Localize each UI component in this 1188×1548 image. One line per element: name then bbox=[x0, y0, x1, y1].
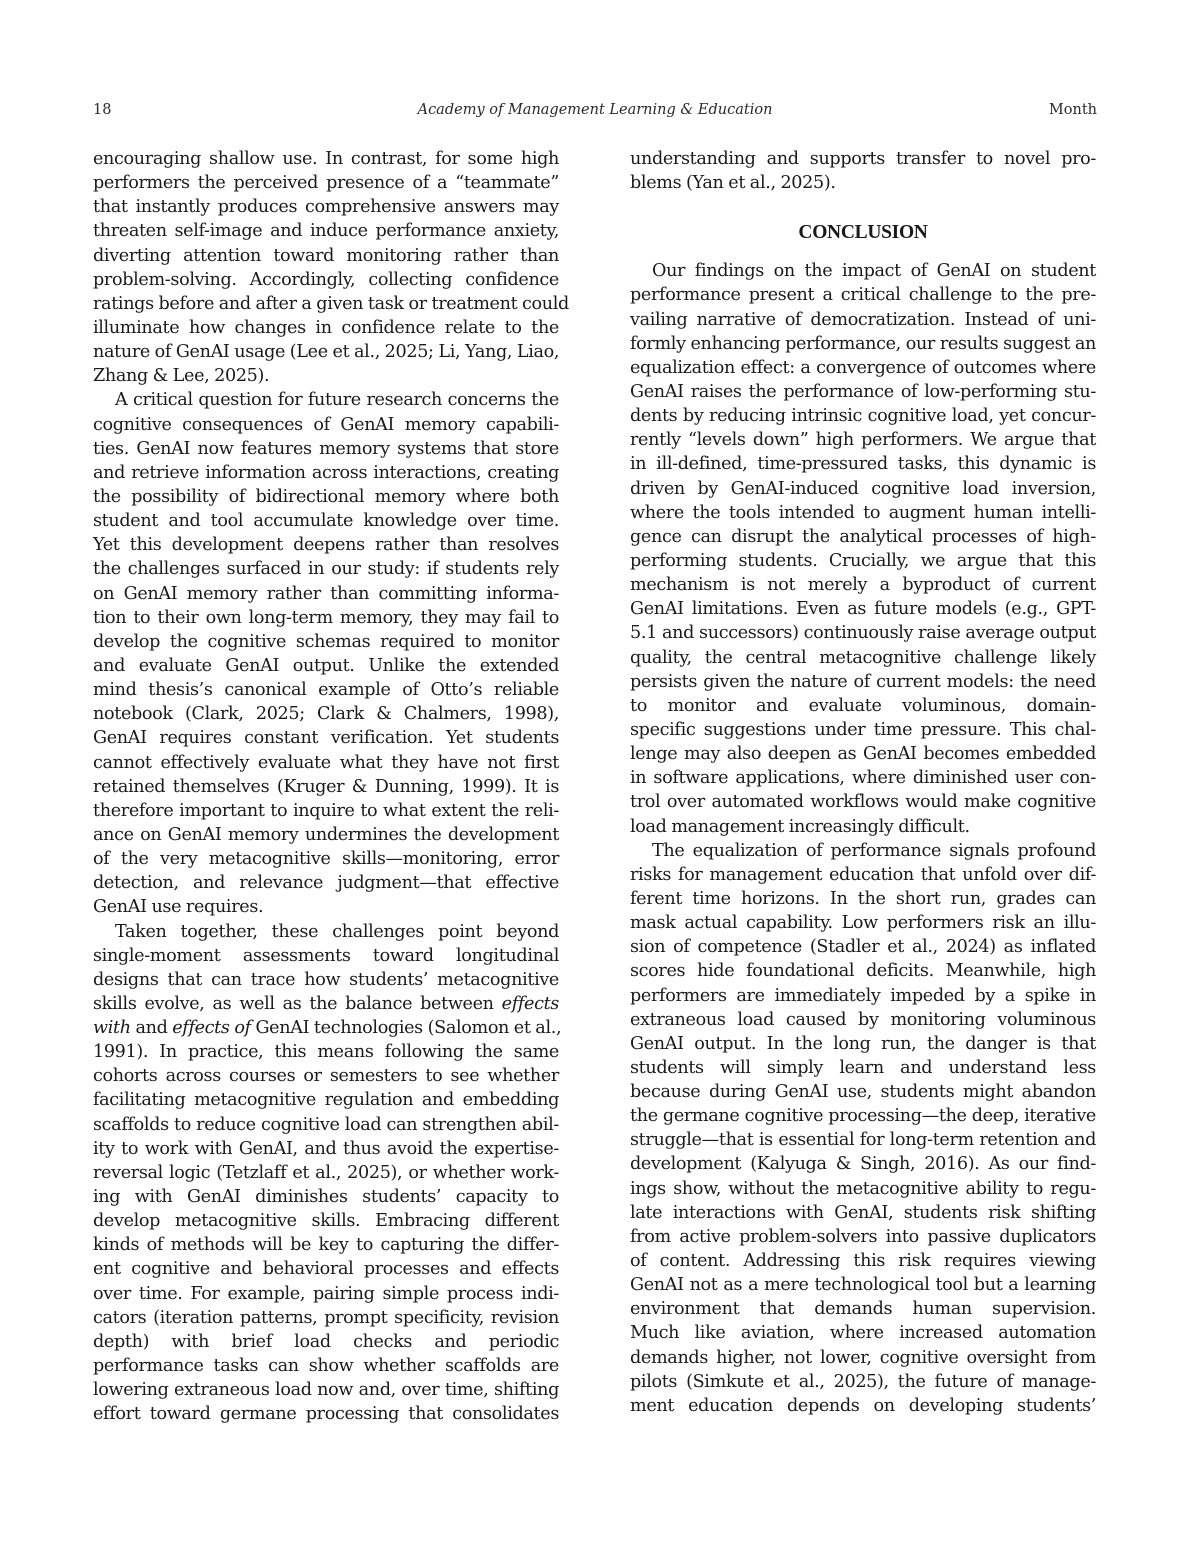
text-line: dents by reducing intrinsic cognitive lo… bbox=[630, 404, 1096, 428]
text-line: ment education depends on developing stu… bbox=[630, 1394, 1096, 1418]
text-line: in ill-defined, time-pressured tasks, th… bbox=[630, 452, 1096, 476]
text-line: environment that demands human supervisi… bbox=[630, 1297, 1096, 1321]
text-line: sion of competence (Stadler et al., 2024… bbox=[630, 935, 1096, 959]
text-run: GenAI technologies (Salomon et al., bbox=[251, 1018, 561, 1038]
text-line: effort toward germane processing that co… bbox=[93, 1402, 559, 1426]
text-line: quality, the central metacognitive chall… bbox=[630, 646, 1096, 670]
italic-term: effects bbox=[502, 994, 559, 1014]
text-line: reversal logic (Tetzlaff et al., 2025), … bbox=[93, 1161, 559, 1185]
section-heading-conclusion: CONCLUSION bbox=[630, 209, 1096, 257]
text-line: formly enhancing performance, our result… bbox=[630, 332, 1096, 356]
text-line: 5.1 and successors) continuously raise a… bbox=[630, 621, 1096, 645]
text-line: cannot effectively evaluate what they ha… bbox=[93, 751, 559, 775]
text-line: and evaluate GenAI output. Unlike the ex… bbox=[93, 654, 559, 678]
text-line: scores hide foundational deficits. Meanw… bbox=[630, 959, 1096, 983]
text-line: designs that can trace how students’ met… bbox=[93, 968, 559, 992]
text-line: ity to work with GenAI, and thus avoid t… bbox=[93, 1137, 559, 1161]
journal-title: Academy of Management Learning & Educati… bbox=[93, 102, 1097, 118]
paragraph-continuation: understanding and supports transfer to n… bbox=[630, 147, 1096, 195]
text-line: therefore important to inquire to what e… bbox=[93, 799, 559, 823]
text-line: develop the cognitive schemas required t… bbox=[93, 630, 559, 654]
text-line: retained themselves (Kruger & Dunning, 1… bbox=[93, 775, 559, 799]
text-line: scaffolds to reduce cognitive load can s… bbox=[93, 1113, 559, 1137]
text-line: mechanism is not merely a byproduct of c… bbox=[630, 573, 1096, 597]
text-line: Yet this development deepens rather than… bbox=[93, 533, 559, 557]
text-line: persists given the nature of current mod… bbox=[630, 670, 1096, 694]
text-line: and retrieve information across interact… bbox=[93, 461, 559, 485]
text-line: cohorts across courses or semesters to s… bbox=[93, 1064, 559, 1088]
text-line: understanding and supports transfer to n… bbox=[630, 147, 1096, 171]
text-line: performance tasks can show whether scaff… bbox=[93, 1354, 559, 1378]
text-line: illuminate how changes in confidence rel… bbox=[93, 316, 559, 340]
text-line: equalization effect: a convergence of ou… bbox=[630, 356, 1096, 380]
text-line: ance on GenAI memory undermines the deve… bbox=[93, 823, 559, 847]
text-line: driven by GenAI-induced cognitive load i… bbox=[630, 477, 1096, 501]
text-run: skills evolve, as well as the balance be… bbox=[93, 994, 502, 1014]
text-line: GenAI output. In the long run, the dange… bbox=[630, 1032, 1096, 1056]
paragraph-conclusion-findings: Our findings on the impact of GenAI on s… bbox=[630, 259, 1096, 838]
paragraph-confidence-ratings: encouraging shallow use. In contrast, fo… bbox=[93, 147, 559, 388]
text-line: Zhang & Lee, 2025). bbox=[93, 364, 559, 388]
text-line: problem-solving. Accordingly, collecting… bbox=[93, 268, 559, 292]
text-line: diverting attention toward monitoring ra… bbox=[93, 244, 559, 268]
text-line: of the very metacognitive skills—monitor… bbox=[93, 847, 559, 871]
text-line: demands higher, not lower, cognitive ove… bbox=[630, 1346, 1096, 1370]
text-line: because during GenAI use, students might… bbox=[630, 1080, 1096, 1104]
text-line: performers are immediately impeded by a … bbox=[630, 984, 1096, 1008]
text-line: Our findings on the impact of GenAI on s… bbox=[630, 259, 1096, 283]
text-line: performers the perceived presence of a “… bbox=[93, 171, 559, 195]
issue-month: Month bbox=[1049, 102, 1097, 118]
paragraph-longitudinal-designs: Taken together, these challenges point b… bbox=[93, 920, 559, 1427]
text-line: ings show, without the metacognitive abi… bbox=[630, 1177, 1096, 1201]
text-line: cognitive consequences of GenAI memory c… bbox=[93, 413, 559, 437]
journal-page: 18 Academy of Management Learning & Educ… bbox=[0, 0, 1188, 1548]
text-line: facilitating metacognitive regulation an… bbox=[93, 1088, 559, 1112]
text-line: encouraging shallow use. In contrast, fo… bbox=[93, 147, 559, 171]
text-line: 1991). In practice, this means following… bbox=[93, 1040, 559, 1064]
text-line: GenAI raises the performance of low-perf… bbox=[630, 380, 1096, 404]
text-line: mind thesis’s canonical example of Otto’… bbox=[93, 678, 559, 702]
text-line: development (Kalyuga & Singh, 2016). As … bbox=[630, 1152, 1096, 1176]
text-line: performance present a critical challenge… bbox=[630, 283, 1096, 307]
text-line: that instantly produces comprehensive an… bbox=[93, 195, 559, 219]
text-line: gence can disrupt the analytical process… bbox=[630, 525, 1096, 549]
text-line: load management increasingly difficult. bbox=[630, 815, 1096, 839]
text-line: students will simply learn and understan… bbox=[630, 1056, 1096, 1080]
text-line: from active problem-solvers into passive… bbox=[630, 1225, 1096, 1249]
text-line: ing with GenAI diminishes students’ capa… bbox=[93, 1185, 559, 1209]
text-line: nature of GenAI usage (Lee et al., 2025;… bbox=[93, 340, 559, 364]
text-line: lenge may also deepen as GenAI becomes e… bbox=[630, 742, 1096, 766]
text-line: ratings before and after a given task or… bbox=[93, 292, 559, 316]
text-line: the possibility of bidirectional memory … bbox=[93, 485, 559, 509]
text-line: ferent time horizons. In the short run, … bbox=[630, 887, 1096, 911]
italic-term: effects of bbox=[172, 1018, 251, 1038]
text-line: of content. Addressing this risk require… bbox=[630, 1249, 1096, 1273]
running-head: 18 Academy of Management Learning & Educ… bbox=[93, 102, 1097, 124]
text-line: in software applications, where diminish… bbox=[630, 766, 1096, 790]
text-run: and bbox=[131, 1018, 173, 1038]
text-line: student and tool accumulate knowledge ov… bbox=[93, 509, 559, 533]
text-line: detection, and relevance judgment—that e… bbox=[93, 871, 559, 895]
text-line: trol over automated workflows would make… bbox=[630, 790, 1096, 814]
text-line: rently “levels down” high performers. We… bbox=[630, 428, 1096, 452]
text-line: notebook (Clark, 2025; Clark & Chalmers,… bbox=[93, 702, 559, 726]
text-line: kinds of methods will be key to capturin… bbox=[93, 1233, 559, 1257]
text-line: pilots (Simkute et al., 2025), the futur… bbox=[630, 1370, 1096, 1394]
text-line: tion to their own long-term memory, they… bbox=[93, 606, 559, 630]
text-line: cators (iteration patterns, prompt speci… bbox=[93, 1306, 559, 1330]
text-line: blems (Yan et al., 2025). bbox=[630, 171, 1096, 195]
text-line: ties. GenAI now features memory systems … bbox=[93, 437, 559, 461]
text-line: Taken together, these challenges point b… bbox=[93, 920, 559, 944]
text-line: over time. For example, pairing simple p… bbox=[93, 1282, 559, 1306]
text-line: to monitor and evaluate voluminous, doma… bbox=[630, 694, 1096, 718]
text-line: where the tools intended to augment huma… bbox=[630, 501, 1096, 525]
text-line: The equalization of performance signals … bbox=[630, 839, 1096, 863]
text-line: on GenAI memory rather than committing i… bbox=[93, 582, 559, 606]
paragraph-conclusion-risks: The equalization of performance signals … bbox=[630, 839, 1096, 1418]
text-line: ent cognitive and behavioral processes a… bbox=[93, 1257, 559, 1281]
text-line: struggle—that is essential for long-term… bbox=[630, 1128, 1096, 1152]
text-line: depth) with brief load checks and period… bbox=[93, 1330, 559, 1354]
text-line: the challenges surfaced in our study: if… bbox=[93, 557, 559, 581]
right-column: understanding and supports transfer to n… bbox=[630, 147, 1096, 1418]
paragraph-memory-capabilities: A critical question for future research … bbox=[93, 388, 559, 919]
text-line: single-moment assessments toward longitu… bbox=[93, 944, 559, 968]
text-line: GenAI requires constant verification. Ye… bbox=[93, 726, 559, 750]
text-line: Much like aviation, where increased auto… bbox=[630, 1321, 1096, 1345]
text-line: extraneous load caused by monitoring vol… bbox=[630, 1008, 1096, 1032]
text-line: specific suggestions under time pressure… bbox=[630, 718, 1096, 742]
text-line: performing students. Crucially, we argue… bbox=[630, 549, 1096, 573]
text-line-with-italic: skills evolve, as well as the balance be… bbox=[93, 992, 559, 1016]
text-line: develop metacognitive skills. Embracing … bbox=[93, 1209, 559, 1233]
text-line: GenAI not as a mere technological tool b… bbox=[630, 1273, 1096, 1297]
italic-term: with bbox=[93, 1018, 131, 1038]
text-line: GenAI use requires. bbox=[93, 895, 559, 919]
text-line: A critical question for future research … bbox=[93, 388, 559, 412]
text-line-with-italic: with and effects of GenAI technologies (… bbox=[93, 1016, 559, 1040]
text-line: lowering extraneous load now and, over t… bbox=[93, 1378, 559, 1402]
text-line: risks for management education that unfo… bbox=[630, 863, 1096, 887]
text-line: the germane cognitive processing—the dee… bbox=[630, 1104, 1096, 1128]
text-line: GenAI limitations. Even as future models… bbox=[630, 597, 1096, 621]
left-column: encouraging shallow use. In contrast, fo… bbox=[93, 147, 559, 1426]
text-line: late interactions with GenAI, students r… bbox=[630, 1201, 1096, 1225]
text-line: threaten self-image and induce performan… bbox=[93, 219, 559, 243]
text-line: mask actual capability. Low performers r… bbox=[630, 911, 1096, 935]
text-line: vailing narrative of democratization. In… bbox=[630, 308, 1096, 332]
